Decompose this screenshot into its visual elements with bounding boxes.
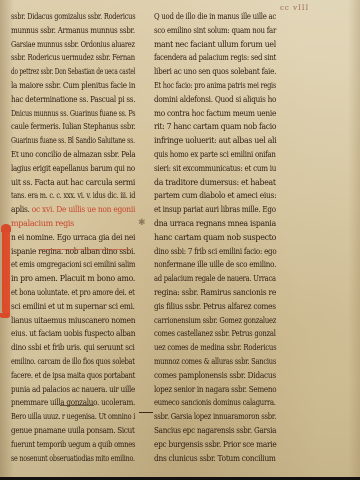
text-line: domini aldefonsi. Quod si aliquis ho <box>154 93 265 107</box>
text-line: genue pnamane uuila ponsam. Sicut <box>11 424 122 438</box>
text-line: da traditore dumersus: et habeat <box>154 176 273 190</box>
text-line: hac determinatione ss. Pascual pi ss. <box>11 93 122 107</box>
text-line: se nosenunt obseruatiodias mito emilino. <box>11 452 110 466</box>
text-line: sci emilini et ut m supernar sci emi. <box>11 300 125 314</box>
text-line: sco emilino sint solum: quam nou far <box>154 24 261 38</box>
margin-annotation-mark: ✱ <box>138 218 152 232</box>
text-line: ssbr. Rodericus uermudez ssbr. Fernan <box>11 51 116 65</box>
text-line: fuerunt temporib uegum a quib omnes <box>11 438 116 452</box>
text-line: munnus ssbr. Armanus munnus ssbr. <box>11 24 122 38</box>
text-line: dino ssbi et frib uris. qui seruunt sci <box>11 341 124 355</box>
rubric-heading-line: aplis. oc xvi. De uillis ue non egonii <box>11 203 127 217</box>
text-line: eumeco sancionis dominus calagurra. <box>154 396 258 410</box>
text-line: et emis omgregacioni sci emilini salim <box>11 258 118 272</box>
text-line: et insup pariat auri libras mille. Ego <box>154 203 263 217</box>
text-line: hanc cartam quam nob suspecto <box>154 231 275 245</box>
text-line: Garsiae munnus ssbr. Ordonius aluarez <box>11 38 114 52</box>
rubric-heading: oc xvi. De uillis ue non egonii <box>32 205 135 214</box>
red-initial-letter-i <box>2 228 10 316</box>
text-line: facendera ad palacium regis: sed sint <box>154 51 260 65</box>
text-line: Guarinus fuane ss. Bl Sandio Saluitane s… <box>11 134 108 148</box>
text-line: partem cum diabolo et ameci eius: <box>154 189 268 203</box>
text-line: liberi ac uno sen quos solebant faie. <box>154 65 264 79</box>
margin-dash-mark <box>139 412 153 413</box>
folio-number: cc vIII <box>280 4 309 12</box>
text-line: Et uno concilio de almazan ssbr. Pela <box>11 148 122 162</box>
text-line: Bero uilla uuuz. r uegenisa. Ut omnino i <box>11 410 114 424</box>
text-line: uit ss. Facta aut hac carcula sermi <box>11 176 130 190</box>
text-line: rit: 7 hanc cartam quam nob facio <box>154 120 270 134</box>
text-line: eius. ut faciam uobis fuspecto alban <box>11 327 125 341</box>
text-line: la maiore ssbr. Cum plenitus facie in <box>11 79 123 93</box>
text-line: lopez senior in nagara ssbr. Semeno <box>154 383 263 397</box>
text-line: et bona uoluntate. et pro amore dei. et <box>11 286 116 300</box>
text-line: carrionensium ssbr. Gomez gonzaluez <box>154 314 258 328</box>
right-column: Q uod de illo die in manus ille uille ac… <box>154 10 276 465</box>
text-line: do pettrez ssbr. Don Sebastian de ueca c… <box>11 65 101 79</box>
text-line: tans. era m. c. c. xxx. vi. v. idus dic.… <box>11 189 112 203</box>
text-line: pnemmare uilla gonzaluo. ucoleram. <box>11 396 122 410</box>
text-underline <box>60 405 94 406</box>
text-line: infringe uoluerit: aut albas uel ali <box>154 134 273 148</box>
text-line: comes pamplonensis ssbr. Didacus <box>154 369 268 383</box>
rubric-underline <box>40 249 130 250</box>
rubric-heading-continued: mpalacium regis <box>11 217 135 231</box>
text-line: comes castellanez ssbr. Petrus gonzal <box>154 327 259 341</box>
text-line: ad palacium regale de nauera. Urraca <box>154 272 257 286</box>
text-line: dino ssbi: 7 frib sci emilini facio: ego <box>154 245 263 259</box>
text-line: dns clunicus ssbr. Totum concilium <box>154 452 267 466</box>
left-column: ssbr. Didacus gomizalus ssbr. Rodericus … <box>11 10 135 465</box>
text-line: Sancius epc nagarensis ssbr. Garsia <box>154 424 264 438</box>
text-line: ssbr. Didacus gomizalus ssbr. Rodericus <box>11 10 114 24</box>
text-segment: aplis. <box>11 205 30 214</box>
text-line: quis homo ex parte sci emilini onifan <box>154 148 261 162</box>
text-line: caule fermeris. Iulian Stephanus ssbr. <box>11 120 119 134</box>
text-line: munnoz comes & alluras ssbr. Sancius <box>154 355 257 369</box>
manuscript-page: cc vIII ssbr. Didacus gomizalus ssbr. Ro… <box>0 0 360 477</box>
text-line: ispanie regina. nob alban dino ssbi. <box>11 245 127 259</box>
text-line: ssbr. Garsia lopez innuaramoron ssbr. <box>154 410 259 424</box>
text-line: mant nec faciant ullum forum uel <box>154 38 272 52</box>
text-line: lianus uitaemus miuscanero nomen <box>11 314 126 328</box>
text-line: in pro amen. Placuit m bono amo. <box>11 272 132 286</box>
text-line: regina: ssbr. Ramirus sancionis re <box>154 286 270 300</box>
text-line: epc burgensis ssbr. Prior sce marie <box>154 438 267 452</box>
text-line: uez comes de medina ssbr. Rodericus <box>154 341 260 355</box>
text-line: punia ad palacios ac nauera. uir uille <box>11 383 122 397</box>
text-line: facere. et de ipsa maita quos portabant <box>11 369 115 383</box>
text-line: emilino. carcam de illo fios quos soleba… <box>11 355 113 369</box>
text-line: n ei nomine. Ego urraca gia dei nei <box>11 231 127 245</box>
text-line: sieri: sit excommunicatus: et cum iu <box>154 162 263 176</box>
text-line: gis filius ssbr. Petrus alfarez comes <box>154 300 267 314</box>
text-line: dna urraca regnans mnea ispania <box>154 217 271 231</box>
text-line: Et hoc facio: pro anima patris mei regis <box>154 79 254 93</box>
text-line: Q uod de illo die in manus ille uille ac <box>154 10 260 24</box>
text-line: mo contra hoc factum meum uenie <box>154 107 267 121</box>
text-line: lagius erigit eapellanus barum qui no <box>11 162 120 176</box>
text-line: Dnicus munnus ss. Guarinus fuane ss. Ps <box>11 107 111 121</box>
text-line: nonfermane ille uille de sco emilino. <box>154 258 263 272</box>
